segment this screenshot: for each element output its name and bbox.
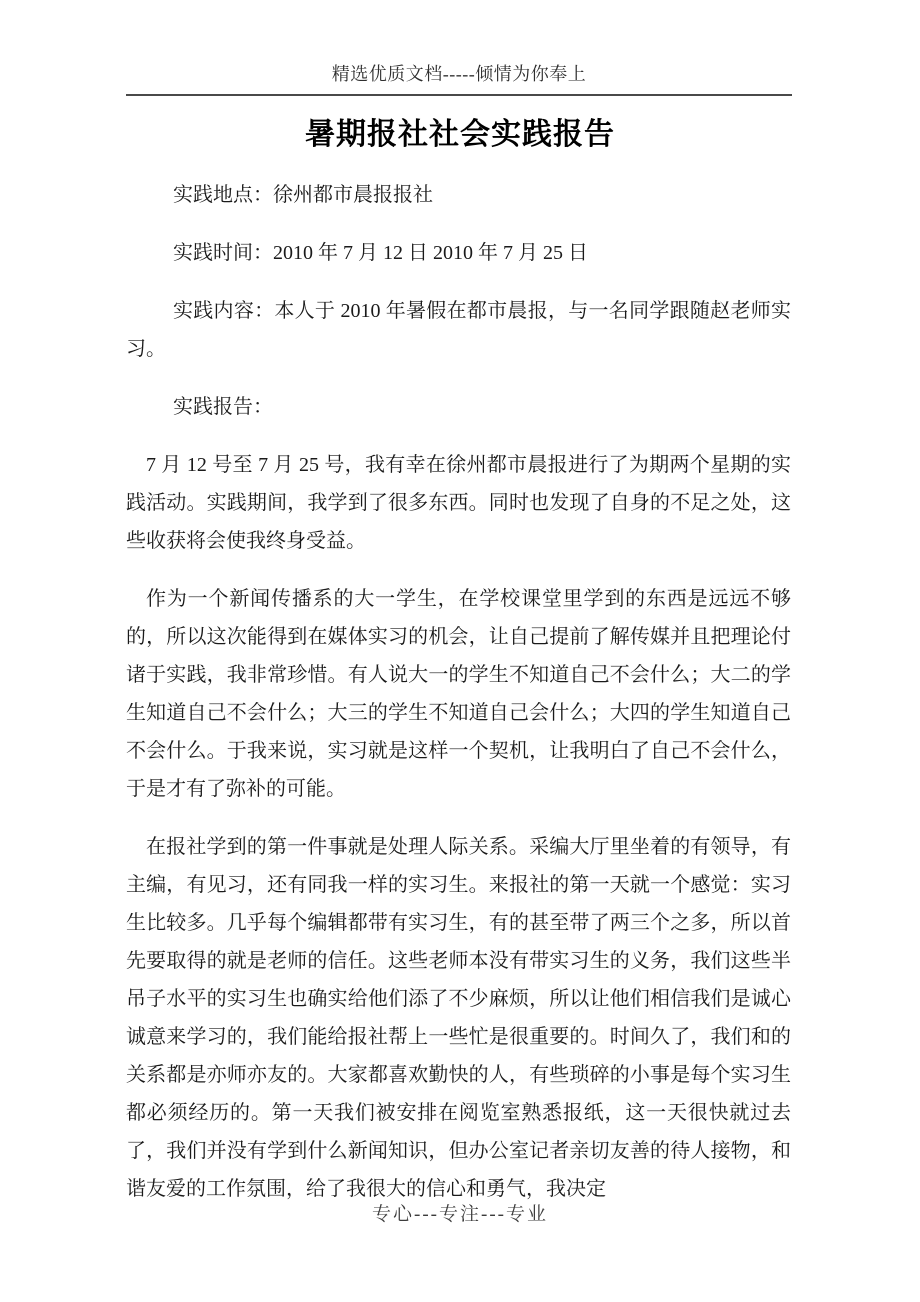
paragraph-practice-report-label: 实践报告：: [126, 388, 791, 426]
paragraph-report-motivation: 作为一个新闻传播系的大一学生，在学校课堂里学到的东西是远远不够的，所以这次能得到…: [126, 580, 791, 808]
paragraph-report-intro: 7 月 12 号至 7 月 25 号，我有幸在徐州都市晨报进行了为期两个星期的实…: [126, 446, 791, 560]
document-page: 精选优质文档-----倾情为你奉上 暑期报社社会实践报告 实践地点：徐州都市晨报…: [0, 0, 920, 1302]
paragraph-practice-content: 实践内容：本人于 2010 年暑假在都市晨报，与一名同学跟随赵老师实习。: [126, 292, 791, 368]
page-footer: 专心---专注---专业: [0, 1202, 920, 1228]
paragraph-report-experience: 在报社学到的第一件事就是处理人际关系。采编大厅里坐着的有领导，有主编，有见习，还…: [126, 828, 791, 1208]
footer-text: 专心---专注---专业: [0, 1202, 920, 1228]
paragraph-practice-location: 实践地点：徐州都市晨报报社: [126, 176, 791, 214]
document-body: 实践地点：徐州都市晨报报社 实践时间：2010 年 7 月 12 日 2010 …: [126, 176, 791, 1208]
paragraph-practice-time: 实践时间：2010 年 7 月 12 日 2010 年 7 月 25 日: [126, 234, 791, 272]
document-title: 暑期报社社会实践报告: [0, 119, 920, 151]
header-text: 精选优质文档-----倾情为你奉上: [126, 62, 792, 86]
page-header: 精选优质文档-----倾情为你奉上: [126, 0, 792, 96]
